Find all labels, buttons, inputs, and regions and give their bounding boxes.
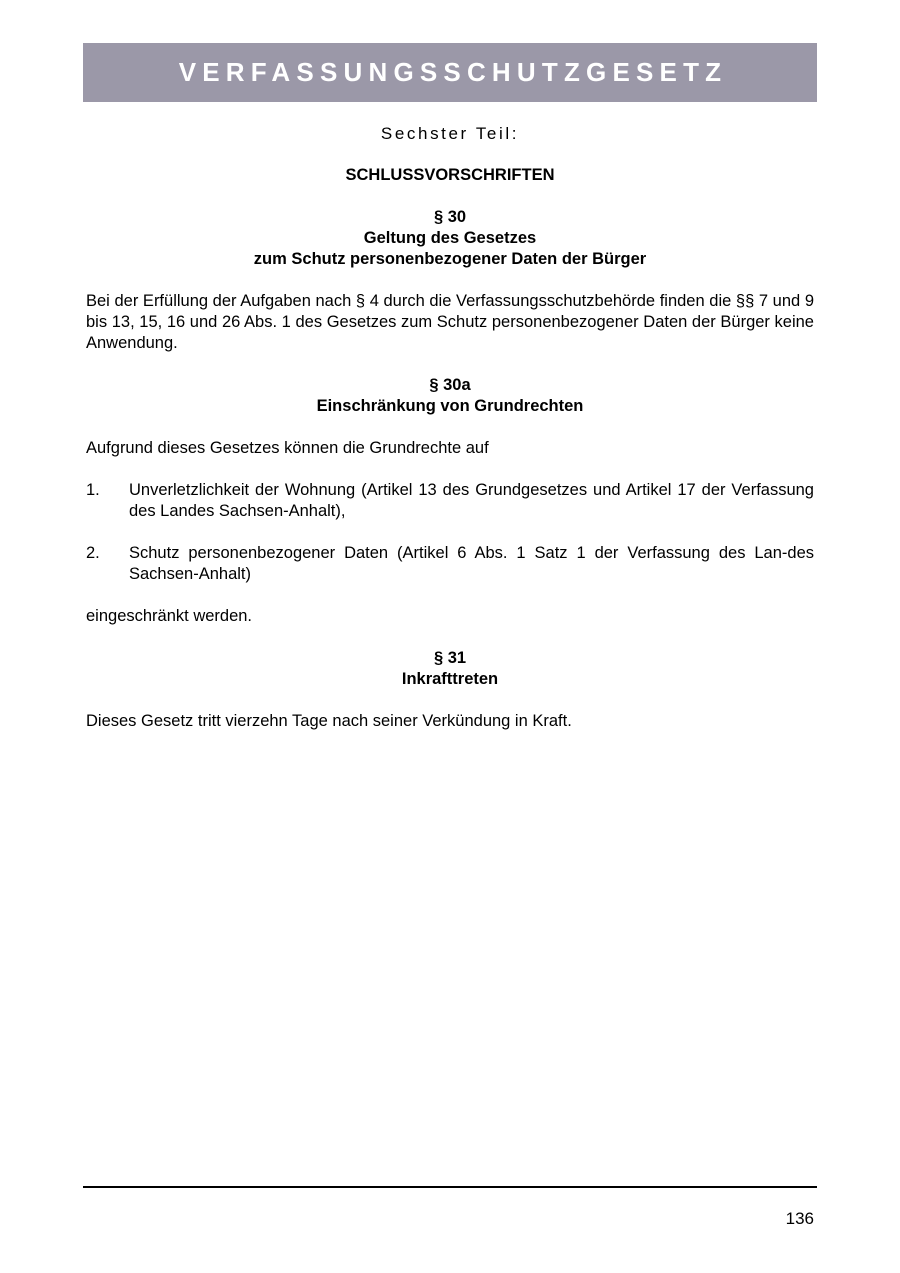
list-item-number: 1. bbox=[86, 480, 129, 522]
list-item-text: Unverletzlichkeit der Wohnung (Artikel 1… bbox=[129, 480, 814, 522]
section-30a-outro: eingeschränkt werden. bbox=[86, 606, 814, 627]
section-30a-title: Einschränkung von Grundrechten bbox=[86, 396, 814, 417]
section-30-title-line-2: zum Schutz personenbezogener Daten der B… bbox=[86, 249, 814, 270]
footer-divider bbox=[83, 1186, 817, 1188]
list-item-text: Schutz personenbezogener Daten (Artikel … bbox=[129, 543, 814, 585]
section-30-title-line-1: Geltung des Gesetzes bbox=[86, 228, 814, 249]
section-30-body: Bei der Erfüllung der Aufgaben nach § 4 … bbox=[86, 291, 814, 354]
page-number: 136 bbox=[786, 1209, 814, 1229]
part-title: SCHLUSSVORSCHRIFTEN bbox=[86, 165, 814, 186]
section-30a-number: § 30a bbox=[86, 375, 814, 396]
section-31-title: Inkrafttreten bbox=[86, 669, 814, 690]
document-title: VERFASSUNGSSCHUTZGESETZ bbox=[173, 57, 728, 88]
header-banner: VERFASSUNGSSCHUTZGESETZ bbox=[83, 43, 817, 102]
list-item: 2. Schutz personenbezogener Daten (Artik… bbox=[86, 543, 814, 585]
section-31-body: Dieses Gesetz tritt vierzehn Tage nach s… bbox=[86, 711, 814, 732]
section-31-number: § 31 bbox=[86, 648, 814, 669]
page-content: Sechster Teil: SCHLUSSVORSCHRIFTEN § 30 … bbox=[86, 120, 814, 732]
list-item: 1. Unverletzlichkeit der Wohnung (Artike… bbox=[86, 480, 814, 522]
section-30-number: § 30 bbox=[86, 207, 814, 228]
list-item-number: 2. bbox=[86, 543, 129, 585]
section-30a-intro: Aufgrund dieses Gesetzes können die Grun… bbox=[86, 438, 814, 459]
part-label: Sechster Teil: bbox=[86, 123, 814, 144]
